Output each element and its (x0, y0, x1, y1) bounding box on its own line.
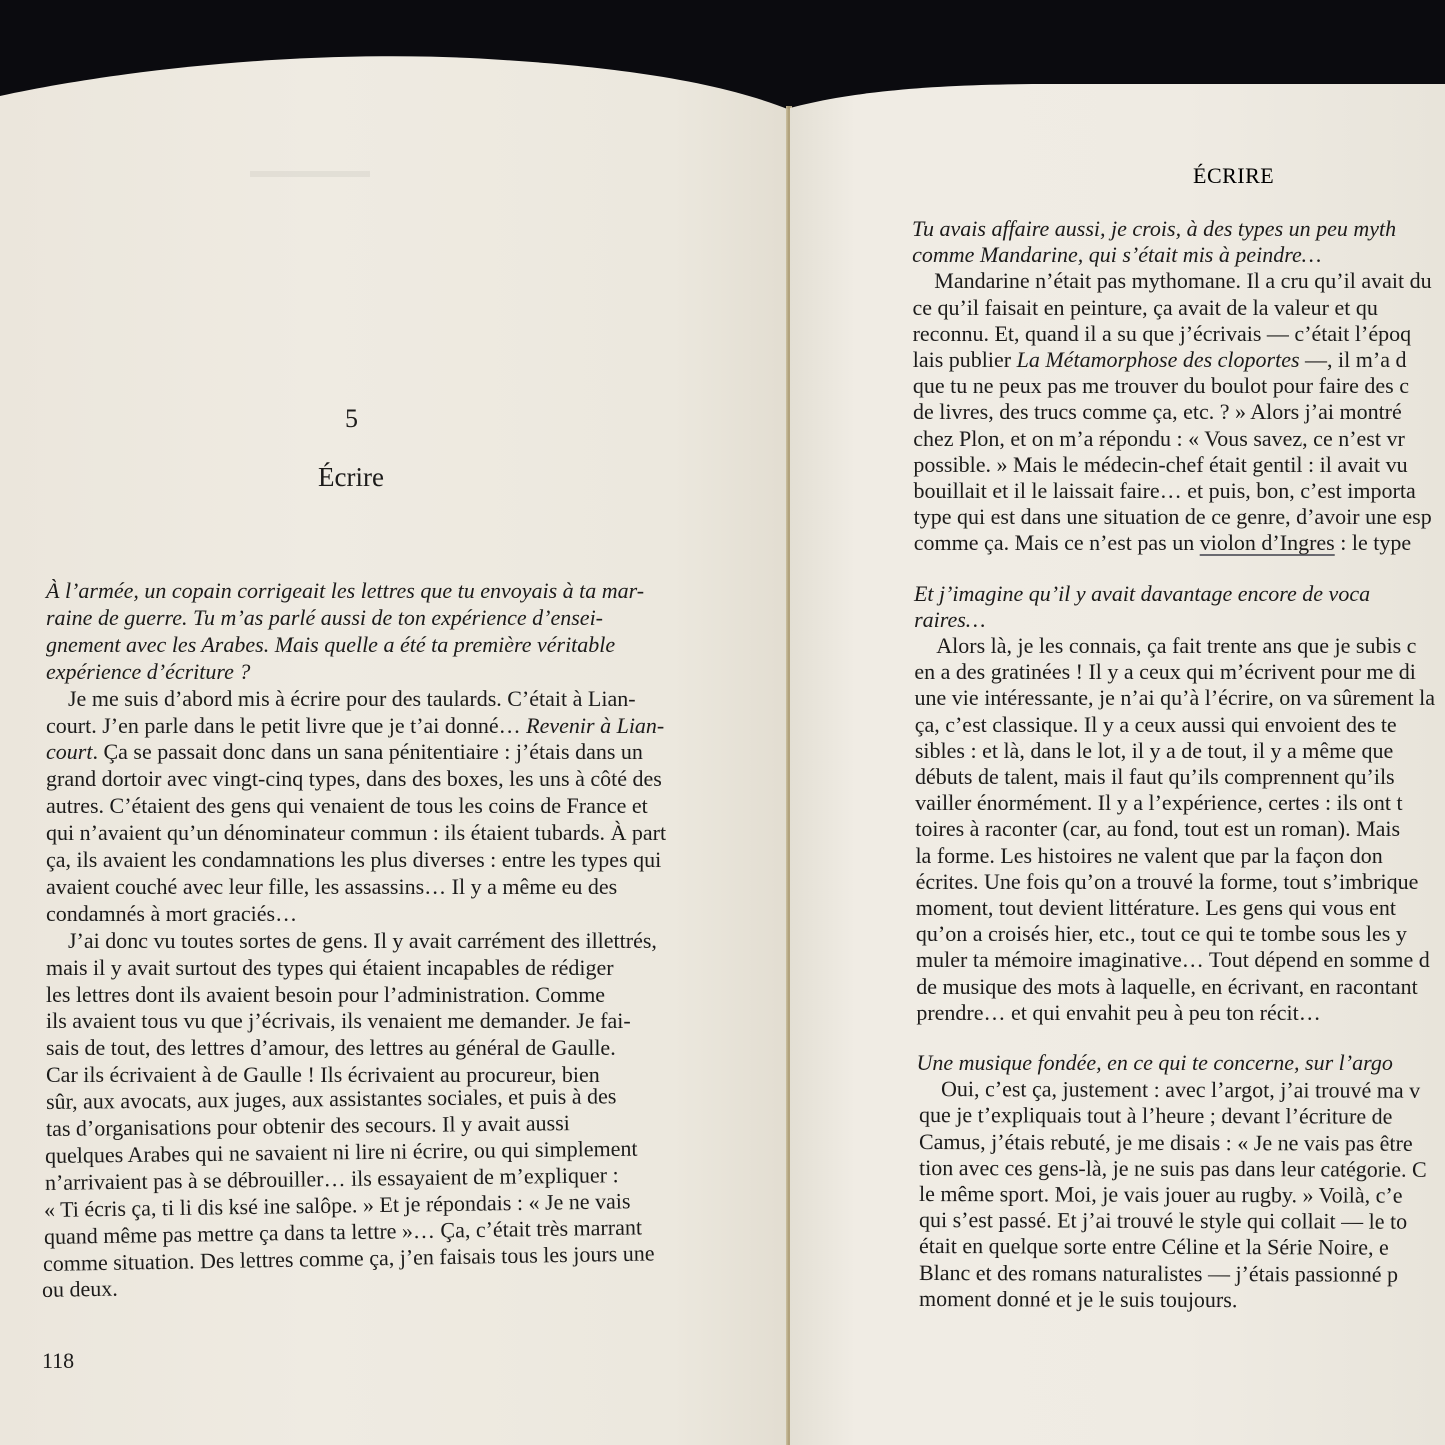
chapter-title: Écrire (318, 462, 384, 493)
text-segment: de musique des mots à laquelle, en écriv… (916, 974, 1418, 999)
text-segment: Camus, j’étais rebuté, je me disais : « … (918, 1129, 1412, 1156)
text-segment: autres. C’étaient des gens qui venaient … (46, 793, 648, 818)
text-segment: Alors là, je les connais, ça fait trente… (914, 633, 1416, 658)
page-number: 118 (42, 1348, 74, 1374)
text-line: vailler énormément. Il y a l’expérience,… (915, 790, 1402, 816)
text-segment: comme ça. Mais ce n’est pas un (914, 530, 1200, 555)
text-segment: lais publier (913, 347, 1017, 372)
text-segment: —, il m’a d (1300, 347, 1407, 372)
show-through-text: ▬▬▬▬▬▬ (250, 160, 370, 183)
text-line: lais publier La Métamorphose des cloport… (913, 347, 1407, 373)
text-line: de musique des mots à laquelle, en écriv… (916, 974, 1418, 1000)
text-line: reconnu. Et, quand il a su que j’écrivai… (913, 321, 1412, 347)
text-segment: de livres, des trucs comme ça, etc. ? » … (913, 399, 1402, 424)
italic-segment: court (46, 739, 92, 764)
text-segment: le même sport. Moi, je vais jouer au rug… (918, 1181, 1402, 1208)
text-segment: prendre… et qui envahit peu à peu ton ré… (916, 1000, 1320, 1025)
text-line: une vie intéressante, je n’ai qu’à l’écr… (915, 685, 1435, 711)
text-segment: mais il y avait surtout des types qui ét… (46, 955, 614, 980)
text-segment: moment, tout devient littérature. Les ge… (916, 895, 1396, 920)
text-line: type qui est dans une situation de ce ge… (914, 504, 1432, 530)
text-segment: en a des gratinées ! Il y a ceux qui m’é… (914, 659, 1416, 684)
text-line: qui n’avaient qu’un dénominateur commun … (46, 820, 666, 846)
text-segment: une vie intéressante, je n’ai qu’à l’écr… (915, 685, 1435, 710)
text-line: qui s’est passé. Et j’ai trouvé le style… (918, 1207, 1406, 1235)
text-line: en a des gratinées ! Il y a ceux qui m’é… (914, 659, 1416, 685)
text-line: Oui, c’est ça, justement : avec l’argot,… (918, 1076, 1419, 1104)
text-line: écrites. Une fois qu’on a trouvé la form… (916, 869, 1419, 895)
text-segment: vailler énormément. Il y a l’expérience,… (915, 790, 1402, 815)
text-line: les lettres dont ils avaient besoin pour… (46, 982, 605, 1008)
text-segment: sûr, aux avocats, aux juges, aux assista… (46, 1083, 617, 1114)
text-segment: qui s’est passé. Et j’ai trouvé le style… (918, 1207, 1406, 1234)
text-segment: ça, c’est classique. Il y a ceux aussi q… (915, 712, 1397, 737)
text-line: mais il y avait surtout des types qui ét… (46, 955, 614, 981)
text-segment: grand dortoir avec vingt-cinq types, dan… (46, 766, 662, 791)
text-line: Blanc et des romans naturalistes — j’éta… (918, 1260, 1397, 1288)
text-line: tion avec ces gens-là, je ne suis pas da… (918, 1155, 1426, 1183)
text-segment: Blanc et des romans naturalistes — j’éta… (918, 1260, 1397, 1287)
text-line: comme ça. Mais ce n’est pas un violon d’… (914, 530, 1411, 556)
text-segment: tas d’organisations pour obtenir des sec… (46, 1110, 570, 1141)
text-segment: sais de tout, des lettres d’amour, des l… (46, 1035, 616, 1060)
text-line: bouillait et il le laissait faire… et pu… (914, 478, 1416, 504)
italic-segment: comme Mandarine, qui s’était mis à peind… (912, 242, 1321, 267)
text-segment: Je me suis d’abord mis à écrire pour des… (46, 686, 636, 711)
italic-segment: gnement avec les Arabes. Mais quelle a é… (46, 632, 615, 657)
text-segment: Oui, c’est ça, justement : avec l’argot,… (918, 1076, 1419, 1103)
text-line: raine de guerre. Tu m’as parlé aussi de … (46, 605, 603, 631)
text-line: muler ta mémoire imaginative… Tout dépen… (916, 947, 1430, 973)
text-segment: type qui est dans une situation de ce ge… (914, 504, 1432, 529)
chapter-number: 5 (345, 404, 358, 434)
text-line: possible. » Mais le médecin-chef était g… (913, 452, 1407, 478)
text-line: sais de tout, des lettres d’amour, des l… (46, 1035, 616, 1061)
text-segment: ça, ils avaient les condamnations les pl… (46, 847, 661, 872)
text-segment: reconnu. Et, quand il a su que j’écrivai… (913, 321, 1412, 346)
text-line: Camus, j’étais rebuté, je me disais : « … (918, 1129, 1412, 1157)
text-segment: : le type (1335, 530, 1411, 555)
text-segment: était en quelque sorte entre Céline et l… (918, 1233, 1388, 1260)
text-segment: que je t’expliquais tout à l’heure ; dev… (918, 1102, 1392, 1129)
text-line: ce qu’il faisait en peinture, ça avait d… (912, 295, 1377, 321)
text-line: moment, tout devient littérature. Les ge… (916, 895, 1396, 921)
text-line: comme Mandarine, qui s’était mis à peind… (912, 242, 1321, 268)
text-line: Et j’imagine qu’il y avait davantage enc… (914, 581, 1370, 607)
text-segment: sibles : et là, dans le lot, il y a de t… (915, 738, 1393, 763)
text-line: la forme. Les histoires ne valent que pa… (915, 843, 1382, 869)
text-line: condamnés à mort graciés… (46, 901, 297, 927)
text-line: le même sport. Moi, je vais jouer au rug… (918, 1181, 1402, 1209)
text-line: toires à raconter (car, au fond, tout es… (915, 816, 1400, 842)
text-line: ou deux. (42, 1276, 118, 1303)
running-head: ÉCRIRE (1193, 163, 1274, 189)
text-line: débuts de talent, mais il faut qu’ils co… (915, 764, 1395, 790)
text-line: Mandarine n’était pas mythomane. Il a cr… (912, 268, 1431, 294)
text-segment: ils avaient tous vu que j’écrivais, ils … (46, 1008, 631, 1033)
text-segment: muler ta mémoire imaginative… Tout dépen… (916, 947, 1430, 972)
text-segment: toires à raconter (car, au fond, tout es… (915, 816, 1400, 841)
text-line: ça, ils avaient les condamnations les pl… (46, 847, 661, 873)
text-segment: ce qu’il faisait en peinture, ça avait d… (912, 295, 1377, 320)
text-line: prendre… et qui envahit peu à peu ton ré… (916, 1000, 1320, 1026)
text-line: ça, c’est classique. Il y a ceux aussi q… (915, 712, 1397, 738)
text-segment: tion avec ces gens-là, je ne suis pas da… (918, 1155, 1426, 1182)
text-line: que je t’expliquais tout à l’heure ; dev… (918, 1102, 1392, 1130)
right-page: Tu avais affaire aussi, je crois, à des … (790, 0, 1445, 1445)
text-segment: que tu ne peux pas me trouver du boulot … (913, 373, 1409, 398)
text-segment: la forme. Les histoires ne valent que pa… (915, 843, 1382, 868)
text-segment: J’ai donc vu toutes sortes de gens. Il y… (46, 928, 657, 953)
text-line: Je me suis d’abord mis à écrire pour des… (46, 686, 636, 712)
italic-segment: La Métamorphose des cloportes (1017, 347, 1300, 372)
text-segment: avaient couché avec leur fille, les assa… (46, 874, 617, 899)
italic-segment: expérience d’écriture ? (46, 659, 250, 684)
text-segment: qu’on a croisés hier, etc., tout ce qui … (916, 921, 1407, 946)
text-segment: Mandarine n’était pas mythomane. Il a cr… (912, 268, 1431, 293)
italic-segment: Une musique fondée, en ce qui te concern… (917, 1050, 1393, 1075)
text-line: Alors là, je les connais, ça fait trente… (914, 633, 1416, 659)
text-line: Une musique fondée, en ce qui te concern… (917, 1050, 1393, 1076)
italic-segment: raine de guerre. Tu m’as parlé aussi de … (46, 605, 603, 630)
text-line: chez Plon, et on m’a répondu : « Vous sa… (913, 426, 1405, 452)
italic-segment: Tu avais affaire aussi, je crois, à des … (912, 216, 1396, 241)
text-segment: qui n’avaient qu’un dénominateur commun … (46, 820, 666, 845)
text-segment: débuts de talent, mais il faut qu’ils co… (915, 764, 1395, 789)
text-line: grand dortoir avec vingt-cinq types, dan… (46, 766, 662, 792)
text-line: qu’on a croisés hier, etc., tout ce qui … (916, 921, 1407, 947)
text-line: autres. C’étaient des gens qui venaient … (46, 793, 648, 819)
text-segment: bouillait et il le laissait faire… et pu… (914, 478, 1416, 503)
italic-segment: raires… (914, 607, 985, 632)
text-line: court. Ça se passait donc dans un sana p… (46, 739, 643, 765)
text-line: J’ai donc vu toutes sortes de gens. Il y… (46, 928, 657, 954)
text-line: gnement avec les Arabes. Mais quelle a é… (46, 632, 615, 658)
text-line: court. J’en parle dans le petit livre qu… (46, 713, 664, 739)
text-segment: les lettres dont ils avaient besoin pour… (46, 982, 605, 1007)
text-segment: chez Plon, et on m’a répondu : « Vous sa… (913, 426, 1405, 451)
left-page: ▬▬▬▬▬▬ 5 Écrire À l’armée, un copain cor… (0, 0, 790, 1445)
text-line: était en quelque sorte entre Céline et l… (918, 1233, 1388, 1261)
text-line: sibles : et là, dans le lot, il y a de t… (915, 738, 1393, 764)
text-line: de livres, des trucs comme ça, etc. ? » … (913, 399, 1402, 425)
text-segment: . Ça se passait donc dans un sana pénite… (92, 739, 642, 764)
text-segment: condamnés à mort graciés… (46, 901, 297, 926)
italic-segment: Revenir à Lian- (526, 713, 664, 738)
text-line: que tu ne peux pas me trouver du boulot … (913, 373, 1409, 399)
text-segment: moment donné et je le suis toujours. (918, 1286, 1236, 1312)
text-segment: violon d’Ingres (1200, 530, 1335, 555)
text-line: expérience d’écriture ? (46, 659, 250, 685)
text-segment: ou deux. (42, 1276, 118, 1302)
italic-segment: Et j’imagine qu’il y avait davantage enc… (914, 581, 1370, 606)
text-segment: court. J’en parle dans le petit livre qu… (46, 713, 526, 738)
text-line: raires… (914, 607, 985, 633)
text-line: À l’armée, un copain corrigeait les lett… (46, 578, 644, 604)
text-line: moment donné et je le suis toujours. (918, 1286, 1236, 1313)
text-line: avaient couché avec leur fille, les assa… (46, 874, 617, 900)
italic-segment: À l’armée, un copain corrigeait les lett… (46, 578, 644, 603)
text-line: Tu avais affaire aussi, je crois, à des … (912, 216, 1396, 242)
text-segment: écrites. Une fois qu’on a trouvé la form… (916, 869, 1419, 894)
text-segment: possible. » Mais le médecin-chef était g… (913, 452, 1407, 477)
text-line: ils avaient tous vu que j’écrivais, ils … (46, 1008, 631, 1034)
